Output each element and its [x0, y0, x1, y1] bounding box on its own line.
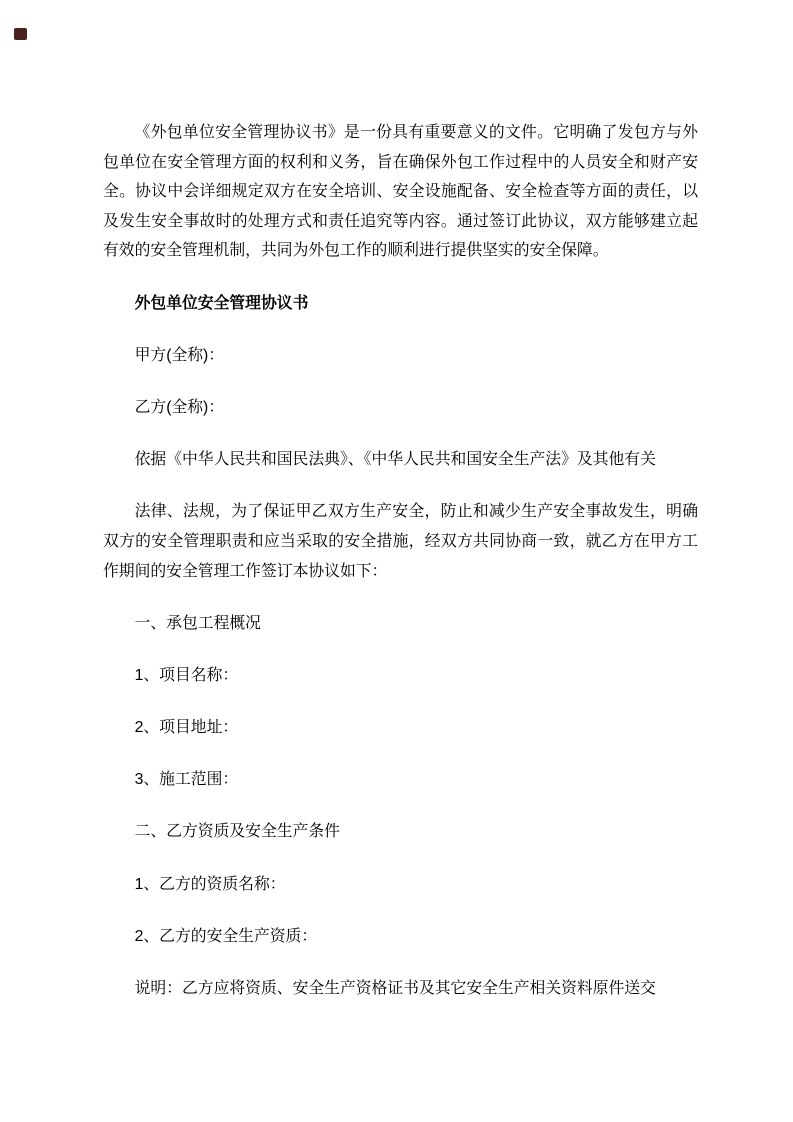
purpose-paragraph: 法律、法规，为了保证甲乙双方生产安全，防止和减少生产安全事故发生，明确双方的安全… — [103, 497, 698, 586]
party-b-line: 乙方(全称)： — [103, 393, 698, 423]
item-qualification-name: 1、乙方的资质名称： — [103, 870, 698, 900]
section-2-heading: 二、乙方资质及安全生产条件 — [103, 817, 698, 847]
note-line: 说明：乙方应将资质、安全生产资格证书及其它安全生产相关资料原件送交 — [103, 974, 698, 1004]
corner-mark — [14, 28, 27, 40]
item-project-address: 2、项目地址： — [103, 713, 698, 743]
item-safety-qualification: 2、乙方的安全生产资质： — [103, 922, 698, 952]
document-title: 外包单位安全管理协议书 — [103, 289, 698, 319]
party-a-line: 甲方(全称)： — [103, 341, 698, 371]
legal-basis-line: 依据《中华人民共和国民法典》、《中华人民共和国安全生产法》及其他有关 — [103, 445, 698, 475]
document-page: 《外包单位安全管理协议书》是一份具有重要意义的文件。它明确了发包方与外包单位在安… — [0, 0, 793, 1122]
item-project-name: 1、项目名称： — [103, 661, 698, 691]
intro-paragraph: 《外包单位安全管理协议书》是一份具有重要意义的文件。它明确了发包方与外包单位在安… — [103, 118, 698, 266]
document-body: 《外包单位安全管理协议书》是一份具有重要意义的文件。它明确了发包方与外包单位在安… — [103, 118, 698, 1026]
item-construction-scope: 3、施工范围： — [103, 765, 698, 795]
section-1-heading: 一、承包工程概况 — [103, 609, 698, 639]
